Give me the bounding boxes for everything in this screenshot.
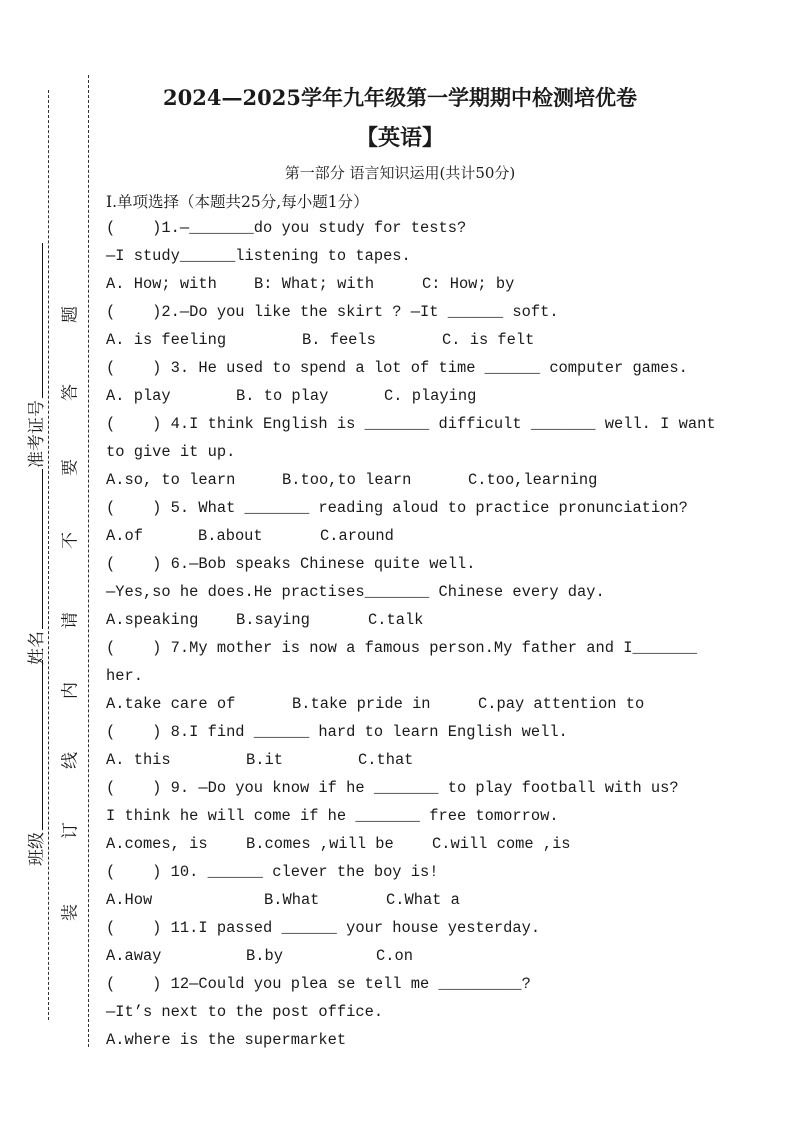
question-7: ( ) 7.My mother is now a famous person.M… xyxy=(106,636,706,720)
binding-char: 答 xyxy=(56,383,81,403)
question-options: A.so, to learnB.too,to learnC.too,learni… xyxy=(106,468,706,496)
question-11: ( ) 11.I passed ______ your house yester… xyxy=(106,916,706,972)
option-a[interactable]: A.How xyxy=(106,888,264,912)
binding-char: 请 xyxy=(56,611,81,631)
binding-line-outer xyxy=(48,90,49,1020)
question-10: ( ) 10. ______ clever the boy is! A.HowB… xyxy=(106,860,706,916)
option-b[interactable]: B.about xyxy=(198,524,320,548)
binding-char: 线 xyxy=(56,751,81,771)
question-stem: —Yes,so he does.He practises_______ Chin… xyxy=(106,580,706,608)
option-c[interactable]: C.talk xyxy=(368,608,423,632)
question-1: ( )1.—_______do you study for tests? —I … xyxy=(106,216,706,300)
exam-number-label: 准考证号 xyxy=(22,400,47,468)
option-a[interactable]: A.comes, is xyxy=(106,832,246,856)
option-b[interactable]: B. to play xyxy=(236,384,384,408)
question-options: A. is feelingB. feelsC. is felt xyxy=(106,328,706,356)
option-b[interactable]: B. feels xyxy=(302,328,442,352)
question-options: A.ofB.aboutC.around xyxy=(106,524,706,552)
part-heading: 第一部分 语言知识运用(共计50分) xyxy=(100,162,700,183)
exam-number-blank[interactable] xyxy=(41,243,43,398)
option-c[interactable]: C.too,learning xyxy=(468,468,597,492)
question-options: A.speakingB.sayingC.talk xyxy=(106,608,706,636)
question-4: ( ) 4.I think English is _______ difficu… xyxy=(106,412,706,496)
binding-char: 内 xyxy=(56,681,81,701)
binding-char: 题 xyxy=(56,305,81,325)
option-b[interactable]: B.it xyxy=(246,748,358,772)
question-stem: to give it up. xyxy=(106,440,706,468)
option-a[interactable]: A.take care of xyxy=(106,692,292,716)
option-c[interactable]: C.What a xyxy=(386,888,460,912)
option-c[interactable]: C.will come ,is xyxy=(432,832,571,856)
question-9: ( ) 9. —Do you know if he _______ to pla… xyxy=(106,776,706,860)
option-a[interactable]: A. play xyxy=(106,384,236,408)
option-a[interactable]: A. is feeling xyxy=(106,328,302,352)
question-stem: ( ) 3. He used to spend a lot of time __… xyxy=(106,356,706,384)
subject-title: 【英语】 xyxy=(100,121,700,152)
option-c[interactable]: C.on xyxy=(376,944,413,968)
question-options: A.HowB.WhatC.What a xyxy=(106,888,706,916)
question-options: A. How; withB: What; withC: How; by xyxy=(106,272,706,300)
option-b[interactable]: B.take pride in xyxy=(292,692,478,716)
class-blank[interactable] xyxy=(41,660,43,830)
option-b[interactable]: B.comes ,will be xyxy=(246,832,432,856)
question-options: A. playB. to playC. playing xyxy=(106,384,706,412)
binding-char: 要 xyxy=(56,458,81,478)
question-stem: ( ) 4.I think English is _______ difficu… xyxy=(106,412,706,440)
question-6: ( ) 6.—Bob speaks Chinese quite well. —Y… xyxy=(106,552,706,636)
option-a[interactable]: A. How; with xyxy=(106,272,254,296)
exam-number-field[interactable]: 准考证号 xyxy=(22,243,47,468)
question-stem: —It’s next to the post office. xyxy=(106,1000,706,1028)
option-c[interactable]: C.pay attention to xyxy=(478,692,644,716)
option-b[interactable]: B.too,to learn xyxy=(282,468,468,492)
option-b[interactable]: B.What xyxy=(264,888,386,912)
class-label: 班级 xyxy=(22,832,47,866)
question-5: ( ) 5. What _______ reading aloud to pra… xyxy=(106,496,706,552)
binding-char: 装 xyxy=(56,903,81,923)
question-2: ( )2.—Do you like the skirt ? —It ______… xyxy=(106,300,706,356)
question-options: A.awayB.byC.on xyxy=(106,944,706,972)
question-list: ( )1.—_______do you study for tests? —I … xyxy=(106,216,706,1056)
option-c[interactable]: C.around xyxy=(320,524,394,548)
question-stem: ( ) 10. ______ clever the boy is! xyxy=(106,860,706,888)
option-a[interactable]: A.where is the supermarket xyxy=(106,1028,346,1052)
binding-char: 不 xyxy=(56,531,81,551)
option-c[interactable]: C. is felt xyxy=(442,328,534,352)
option-b[interactable]: B.by xyxy=(246,944,376,968)
name-blank[interactable] xyxy=(41,469,43,629)
question-3: ( ) 3. He used to spend a lot of time __… xyxy=(106,356,706,412)
question-stem: ( ) 12—Could you plea se tell me _______… xyxy=(106,972,706,1000)
option-a[interactable]: A.away xyxy=(106,944,246,968)
question-12: ( ) 12—Could you plea se tell me _______… xyxy=(106,972,706,1056)
question-stem: ( ) 7.My mother is now a famous person.M… xyxy=(106,636,706,664)
question-stem: ( )2.—Do you like the skirt ? —It ______… xyxy=(106,300,706,328)
binding-line-inner xyxy=(88,75,89,1047)
question-stem: ( )1.—_______do you study for tests? xyxy=(106,216,706,244)
option-a[interactable]: A.so, to learn xyxy=(106,468,282,492)
name-field[interactable]: 姓名 xyxy=(22,469,47,665)
class-field[interactable]: 班级 xyxy=(22,660,47,866)
option-a[interactable]: A.speaking xyxy=(106,608,236,632)
question-stem: I think he will come if he _______ free … xyxy=(106,804,706,832)
exam-title: 2024—2025学年九年级第一学期期中检测培优卷 xyxy=(100,82,700,112)
question-stem: ( ) 6.—Bob speaks Chinese quite well. xyxy=(106,552,706,580)
option-b[interactable]: B: What; with xyxy=(254,272,422,296)
option-c[interactable]: C: How; by xyxy=(422,272,514,296)
question-options: A.where is the supermarket xyxy=(106,1028,706,1056)
question-stem: ( ) 11.I passed ______ your house yester… xyxy=(106,916,706,944)
option-b[interactable]: B.saying xyxy=(236,608,368,632)
question-stem: ( ) 5. What _______ reading aloud to pra… xyxy=(106,496,706,524)
question-8: ( ) 8.I find ______ hard to learn Englis… xyxy=(106,720,706,776)
question-options: A.take care ofB.take pride inC.pay atten… xyxy=(106,692,706,720)
section-heading: Ⅰ.单项选择（本题共25分,每小题1分） xyxy=(106,190,369,212)
question-stem: ( ) 8.I find ______ hard to learn Englis… xyxy=(106,720,706,748)
option-c[interactable]: C.that xyxy=(358,748,413,772)
question-options: A.comes, isB.comes ,will beC.will come ,… xyxy=(106,832,706,860)
question-stem: ( ) 9. —Do you know if he _______ to pla… xyxy=(106,776,706,804)
question-options: A. thisB.itC.that xyxy=(106,748,706,776)
option-c[interactable]: C. playing xyxy=(384,384,476,408)
option-a[interactable]: A.of xyxy=(106,524,198,548)
option-a[interactable]: A. this xyxy=(106,748,246,772)
question-stem: —I study______listening to tapes. xyxy=(106,244,706,272)
binding-char: 订 xyxy=(56,821,81,841)
question-stem: her. xyxy=(106,664,706,692)
